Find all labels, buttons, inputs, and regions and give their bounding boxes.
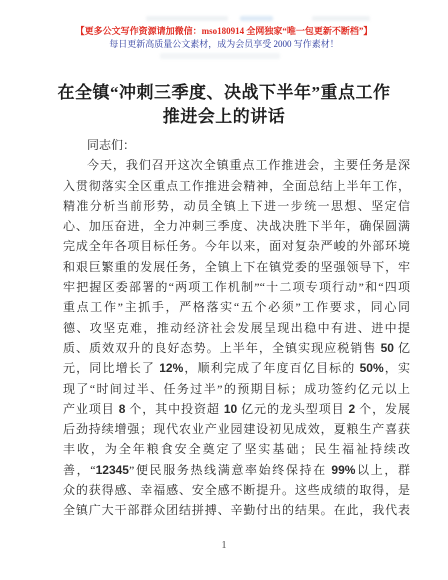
paragraph-line: 现了“时间过半、任务过半”的预期目标；成功签约亿元以上 [63,379,410,399]
document-body: 同志们： 今天，我们召开这次全镇重点工作推进会，主要任务是深入贯彻落实全区重点工… [63,135,410,521]
paragraph-line: 元，同比增长了 12%，顺利完成了年度百亿目标的 50%，实 [63,358,410,378]
numeric-value: 99% [331,463,355,477]
document-page: 【更多公文写作资源请加微信：mso180914 全网独家“唯一包更新不断档”】 … [0,0,448,580]
scan-artifact [240,16,273,21]
paragraph-line: 丰收，为全年粮食安全奠定了坚实基础；民生福祉持续改 [63,439,410,459]
paragraph: 今天，我们召开这次全镇重点工作推进会，主要任务是深入贯彻落实全区重点工作推进会精… [63,155,410,520]
paragraph-line: 后劲持续增强；现代农业产业园建设初见成效，夏粮生产喜获 [63,419,410,439]
paragraph-line: 和艰巨繁重的发展任务，全镇上下在镇党委的坚强领导下，牢 [63,257,410,277]
numeric-value: 12345 [96,463,129,477]
document-title-line-1: 在全镇“冲刺三季度、决战下半年”重点工作 [0,81,448,105]
paragraph-line: 善，“12345”便民服务热线满意率始终保持在 99%以上，群 [63,460,410,480]
paragraph-line: 今天，我们召开这次全镇重点工作推进会，主要任务是深 [63,155,410,175]
numeric-value: 8 [119,402,126,416]
document-title-line-2: 推进会上的讲话 [0,105,448,129]
paragraph-line: 重点工作”主抓手，严格落实“五个必须”工作要求，同心同 [63,297,410,317]
paragraph-line: 产业项目 8 个，其中投资超 10 亿元的龙头型项目 2 个，发展 [63,399,410,419]
paragraph-line: 质、质效双升的良好态势。上半年，全镇实现应税销售 50 亿 [63,338,410,358]
salutation: 同志们： [63,135,410,155]
document-title: 在全镇“冲刺三季度、决战下半年”重点工作 推进会上的讲话 [0,81,448,129]
numeric-value: 12% [159,361,183,375]
numeric-value: 50% [360,361,384,375]
paragraph-line: 全镇广大干部群众团结拼搏、辛勤付出的结果。在此，我代表 [63,500,410,520]
numeric-value: 50 [381,341,394,355]
paragraph-line: 完成全年各项目标任务。今年以来，面对复杂严峻的外部环境 [63,236,410,256]
page-number: 1 [0,540,448,551]
paragraph-line: 德、攻坚克难，推动经济社会发展呈现出稳中有进、进中提 [63,318,410,338]
numeric-value: 10 [224,402,237,416]
paragraph-line: 精准分析当前形势，动员全镇上下进一步统一思想、坚定信 [63,196,410,216]
paragraph-line: 众的获得感、幸福感、安全感不断提升。这些成绩的取得，是 [63,480,410,500]
scan-artifact [146,16,228,21]
watermark-line-blue: 每日更新高质量公文素材，成为会员享受 2000 写作素材！ [0,38,448,50]
paragraph-line: 入贯彻落实全区重点工作推进会精神，全面总结上半年工作， [63,176,410,196]
scan-artifact [312,16,370,21]
paragraph-line: 牢把握区委部署的“两项工作机制”“十二项专项行动”和“四项 [63,277,410,297]
scan-artifact [160,53,280,59]
paragraph-line: 心、加压奋进，全力冲刺三季度、决战决胜下半年，确保圆满 [63,216,410,236]
numeric-value: 2 [349,402,356,416]
watermark-line-red: 【更多公文写作资源请加微信：mso180914 全网独家“唯一包更新不断档”】 [0,25,448,37]
